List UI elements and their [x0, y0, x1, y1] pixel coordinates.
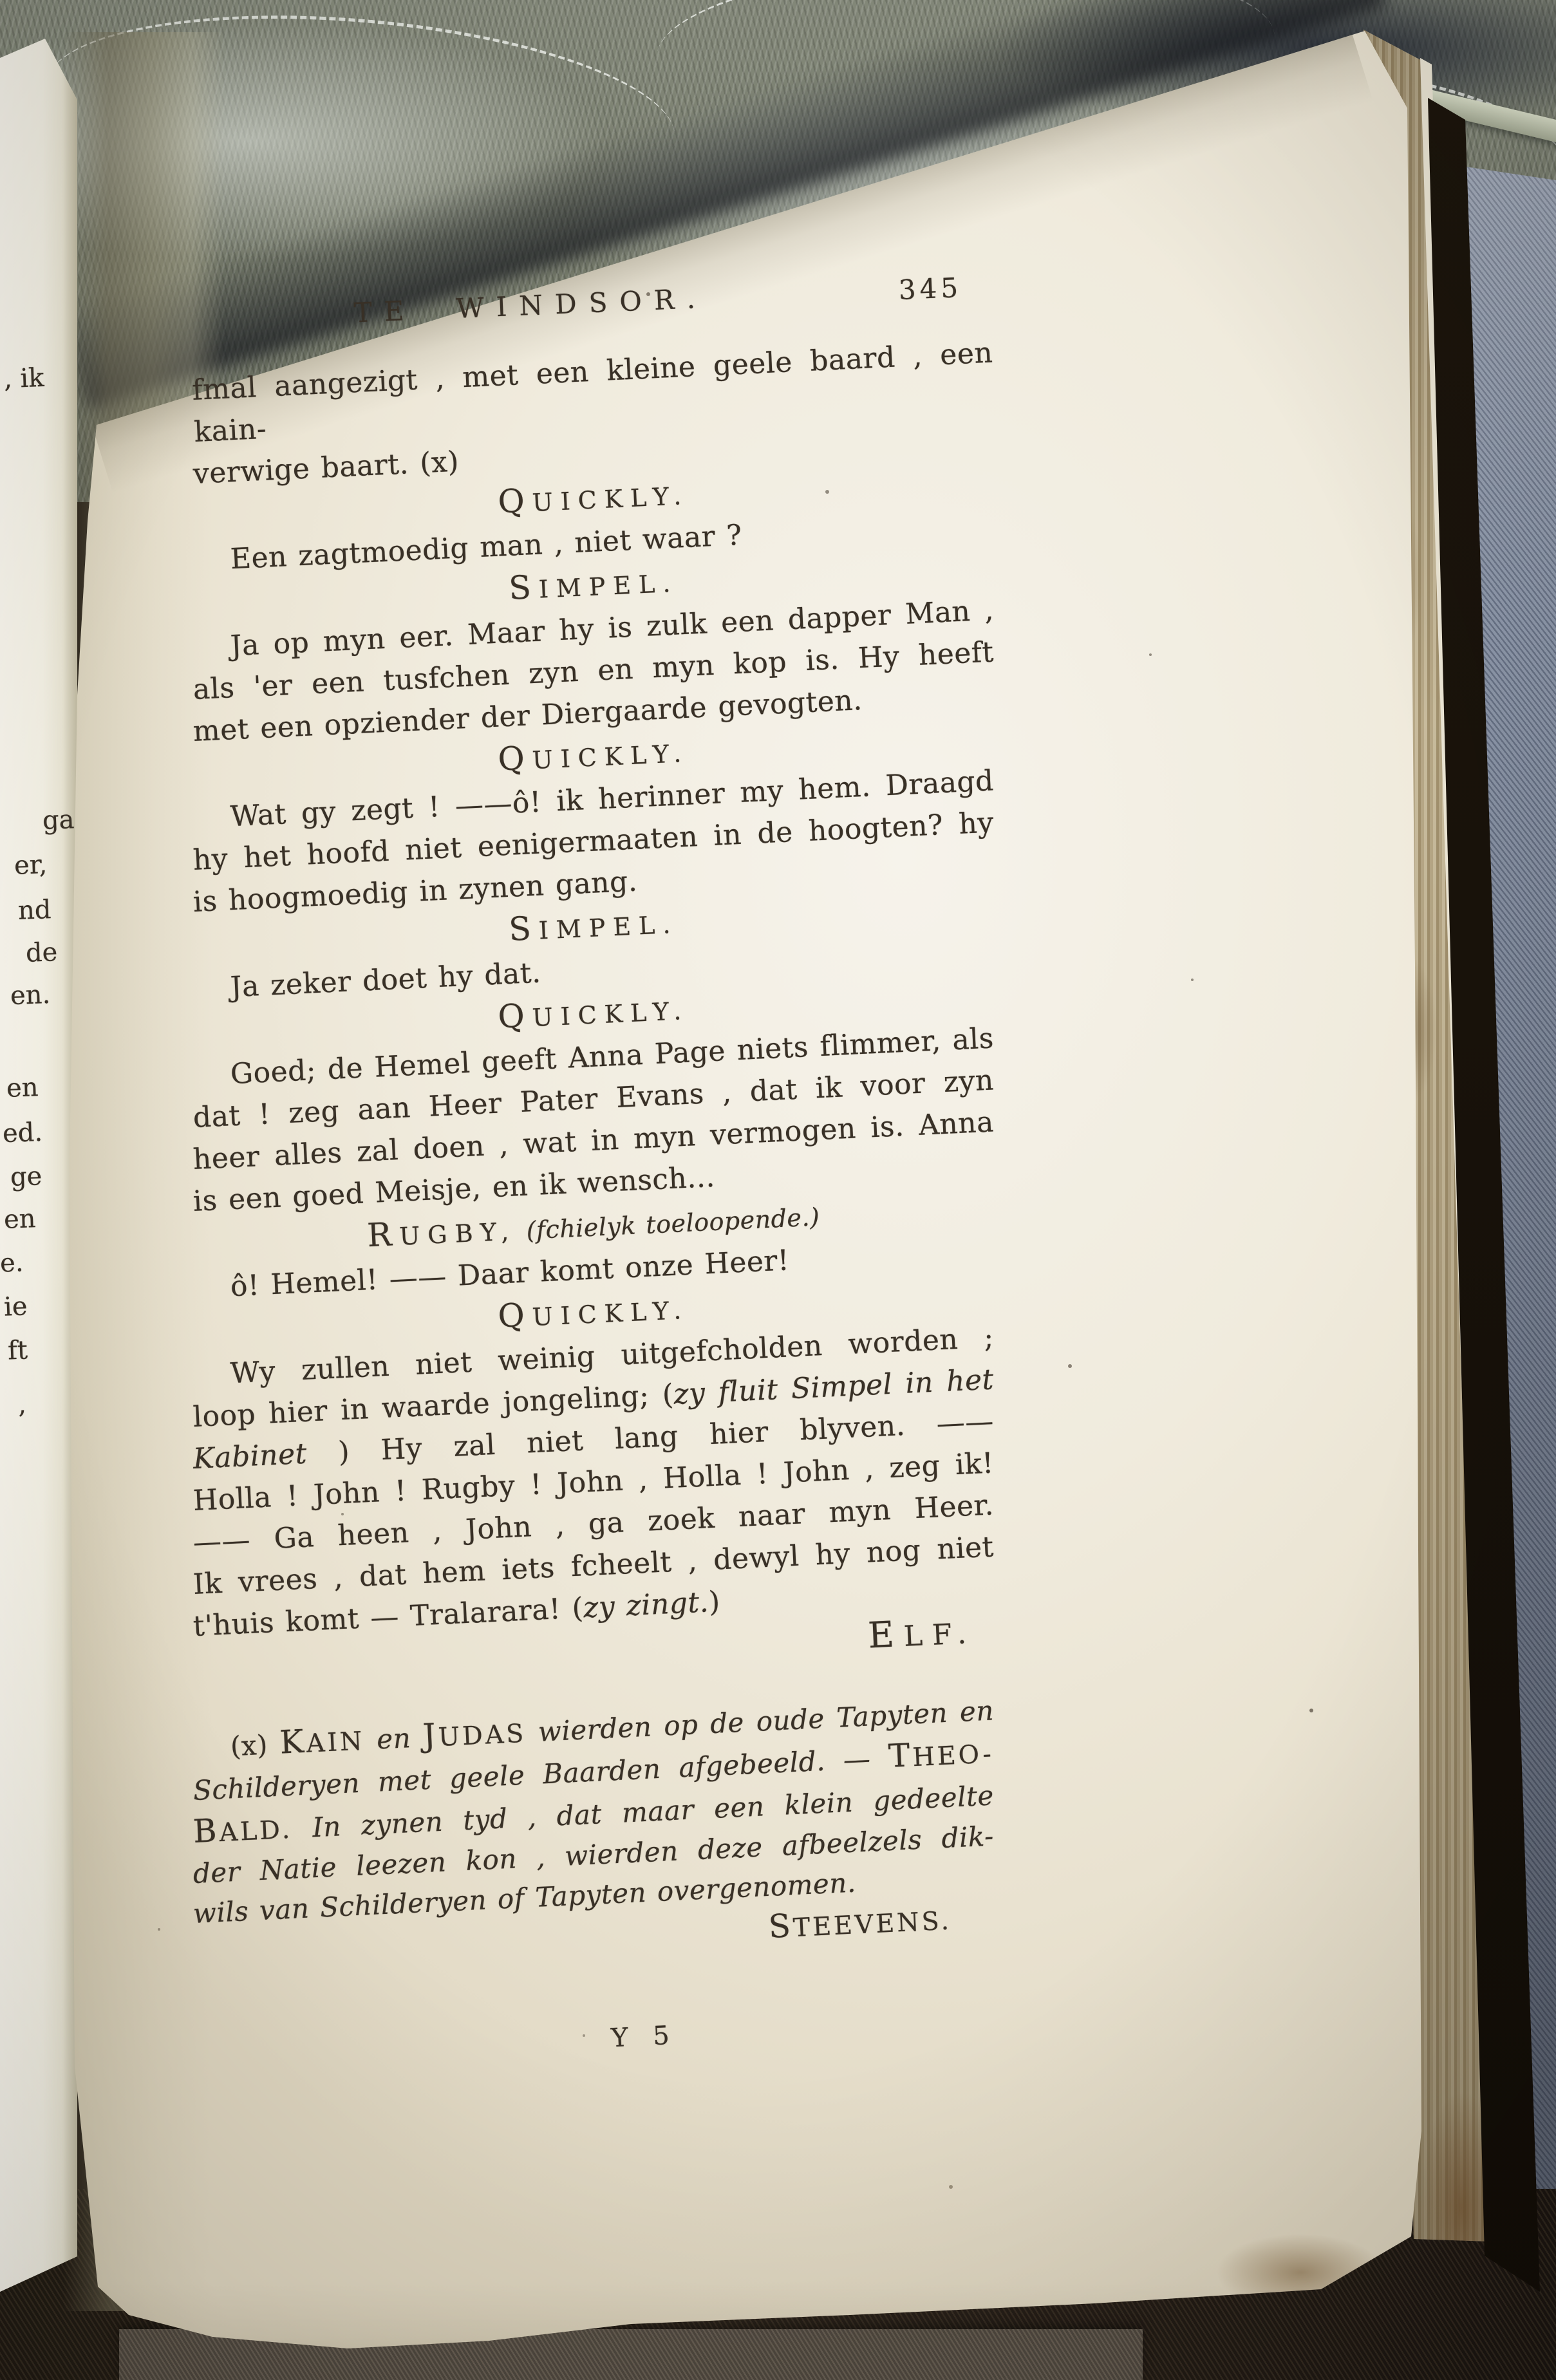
facing-page-text-fragment: ga — [42, 805, 75, 835]
book-photo: , ikgaer,nddeen.ened.geene.ieft, TE WIND… — [0, 0, 1556, 2380]
facing-page-text-fragment: nd — [17, 895, 52, 925]
text-segment: SIMPEL. — [508, 559, 679, 612]
text-segment: RUGBY, — [366, 1207, 518, 1259]
text-segment: STEEVENS. — [767, 1898, 952, 1949]
facing-page-text-fragment: e. — [0, 1248, 24, 1277]
facing-page-text-fragment: de — [25, 938, 58, 968]
facing-page-text-fragment: ed. — [2, 1118, 42, 1148]
facing-page-text-fragment: en — [6, 1073, 39, 1103]
signature-mark: Y 5 — [192, 2000, 995, 2079]
text-segment: KAIN — [279, 1718, 366, 1765]
text-segment: JUDAS — [422, 1711, 527, 1758]
text-segment: zy zingt. — [583, 1586, 709, 1624]
facing-page-text-fragment: en — [3, 1204, 36, 1234]
facing-page-text-fragment: ge — [10, 1162, 42, 1192]
text-segment: (x) — [230, 1729, 281, 1763]
facing-page-text-fragment: er, — [14, 850, 48, 880]
text-segment: en — [364, 1721, 424, 1756]
text-segment: THEO- — [888, 1731, 995, 1779]
page-number: 345 — [897, 265, 962, 313]
text-segment: Y 5 — [610, 2021, 674, 2053]
text-segment: SIMPEL. — [508, 901, 679, 953]
facing-page-text-fragment: , ik — [3, 364, 44, 393]
facing-page-text-fragment: , — [17, 1391, 26, 1419]
text-segment: Kabinet — [192, 1438, 308, 1476]
facing-page-text-fragment: ft — [7, 1336, 28, 1365]
facing-page-text-fragment: en. — [10, 980, 51, 1010]
text-segment: ELF. — [867, 1611, 977, 1660]
text-segment: ) — [708, 1585, 721, 1618]
text-segment: BALD. — [192, 1807, 293, 1854]
text-segment: (fchielyk toeloopende.) — [516, 1203, 820, 1245]
facing-page-text-fragment: ie — [3, 1292, 28, 1321]
text-block: TE WINDSOR. 345 fmal aangezigt , met een… — [193, 297, 995, 2079]
